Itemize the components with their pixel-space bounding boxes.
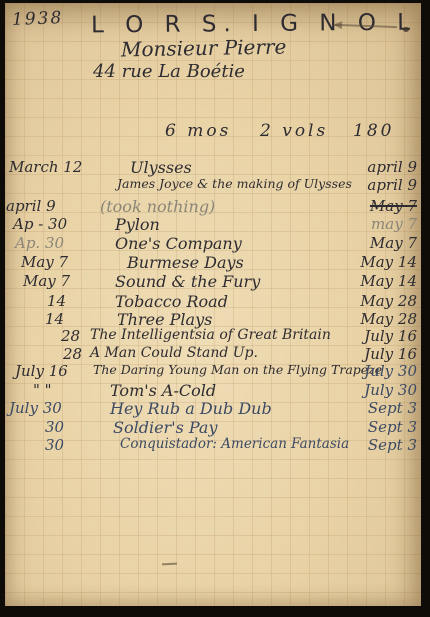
- book-title: Ulysses: [130, 158, 192, 177]
- borrow-date: april 9: [6, 197, 56, 215]
- borrow-date: May 7: [23, 272, 70, 290]
- return-date: May 7: [370, 234, 417, 252]
- pencil-dot-mark: [403, 27, 409, 32]
- subscription-duration: 6 mos: [165, 121, 231, 141]
- return-date: May 28: [360, 310, 417, 328]
- pencil-dash-mark: [162, 563, 177, 566]
- book-title: The Intelligentsia of Great Britain: [90, 327, 331, 343]
- borrow-row: 30 Conquistador: American Fantasia Sept …: [5, 436, 421, 455]
- book-title: Tobacco Road: [115, 292, 228, 311]
- book-title: Conquistador: American Fantasia: [120, 436, 349, 452]
- member-title: Monsieur Pierre: [121, 35, 287, 62]
- borrow-row: May 7 Sound & the Fury May 14: [5, 272, 421, 291]
- borrow-date: 28: [61, 327, 80, 345]
- return-date: July 16: [364, 345, 417, 363]
- book-title: Pylon: [115, 215, 160, 234]
- book-title: Soldier's Pay: [113, 418, 218, 437]
- book-title: One's Company: [115, 234, 242, 253]
- borrow-row: april 9 (took nothing) May 7: [5, 197, 421, 216]
- scanned-library-card: 1938 L O R S. I G N O L Monsieur Pierre …: [0, 0, 430, 617]
- subscription-amount: 180: [353, 121, 394, 141]
- return-date: May 14: [360, 272, 417, 290]
- book-title: Burmese Days: [127, 253, 244, 272]
- borrow-date: July 30: [9, 399, 62, 417]
- return-date: July 16: [364, 327, 417, 345]
- borrow-row: 14 Tobacco Road May 28: [5, 292, 421, 311]
- borrow-date: Ap. 30: [15, 234, 64, 252]
- return-date: april 9: [367, 176, 417, 194]
- return-date: July 30: [364, 362, 417, 380]
- borrow-date: Ap - 30: [13, 215, 67, 233]
- year-label: 1938: [12, 8, 64, 30]
- return-date: May 7: [370, 197, 417, 215]
- card-paper: 1938 L O R S. I G N O L Monsieur Pierre …: [5, 3, 421, 606]
- borrow-date: 30: [45, 436, 64, 454]
- borrow-row: " " Tom's A-Cold July 30: [5, 381, 421, 400]
- borrow-row: Ap. 30 One's Company May 7: [5, 234, 421, 253]
- borrow-row: March 12 Ulysses april 9: [5, 158, 421, 177]
- member-surname: L O R S. I G N O L: [91, 10, 417, 39]
- borrow-date: July 16: [15, 362, 68, 380]
- borrow-date: March 12: [9, 158, 82, 176]
- return-date: Sept 3: [368, 399, 417, 417]
- borrow-row: 30 Soldier's Pay Sept 3: [5, 418, 421, 437]
- return-date: Sept 3: [368, 418, 417, 436]
- borrow-date: May 7: [21, 253, 68, 271]
- subscription-volumes: 2 vols: [260, 121, 328, 141]
- borrow-row: 28 The Intelligentsia of Great Britain J…: [5, 327, 421, 346]
- return-date: May 28: [360, 292, 417, 310]
- book-title: The Daring Young Man on the Flying Trape…: [93, 362, 382, 377]
- book-title: James Joyce & the making of Ulysses: [117, 176, 352, 191]
- borrow-row: May 7 Burmese Days May 14: [5, 253, 421, 272]
- return-date: July 30: [364, 381, 417, 399]
- member-address: 44 rue La Boétie: [93, 61, 245, 82]
- borrow-date: 30: [45, 418, 64, 436]
- return-date: May 14: [360, 253, 417, 271]
- return-date: april 9: [367, 158, 417, 176]
- borrow-date: 14: [45, 310, 64, 328]
- borrow-row: Ap - 30 Pylon may 7: [5, 215, 421, 234]
- borrow-date: 14: [47, 292, 66, 310]
- borrow-row: James Joyce & the making of Ulysses apri…: [5, 176, 421, 195]
- borrow-date: " ": [33, 381, 52, 399]
- book-title: (took nothing): [100, 197, 215, 216]
- borrow-row: July 16 The Daring Young Man on the Flyi…: [5, 362, 421, 381]
- book-title: Sound & the Fury: [115, 272, 260, 291]
- borrow-row: July 30 Hey Rub a Dub Dub Sept 3: [5, 399, 421, 418]
- book-title: A Man Could Stand Up.: [90, 345, 258, 361]
- borrow-date: 28: [63, 345, 82, 363]
- book-title: Hey Rub a Dub Dub: [110, 399, 272, 418]
- return-date: Sept 3: [368, 436, 417, 454]
- return-date: may 7: [371, 215, 417, 233]
- book-title: Tom's A-Cold: [110, 381, 216, 400]
